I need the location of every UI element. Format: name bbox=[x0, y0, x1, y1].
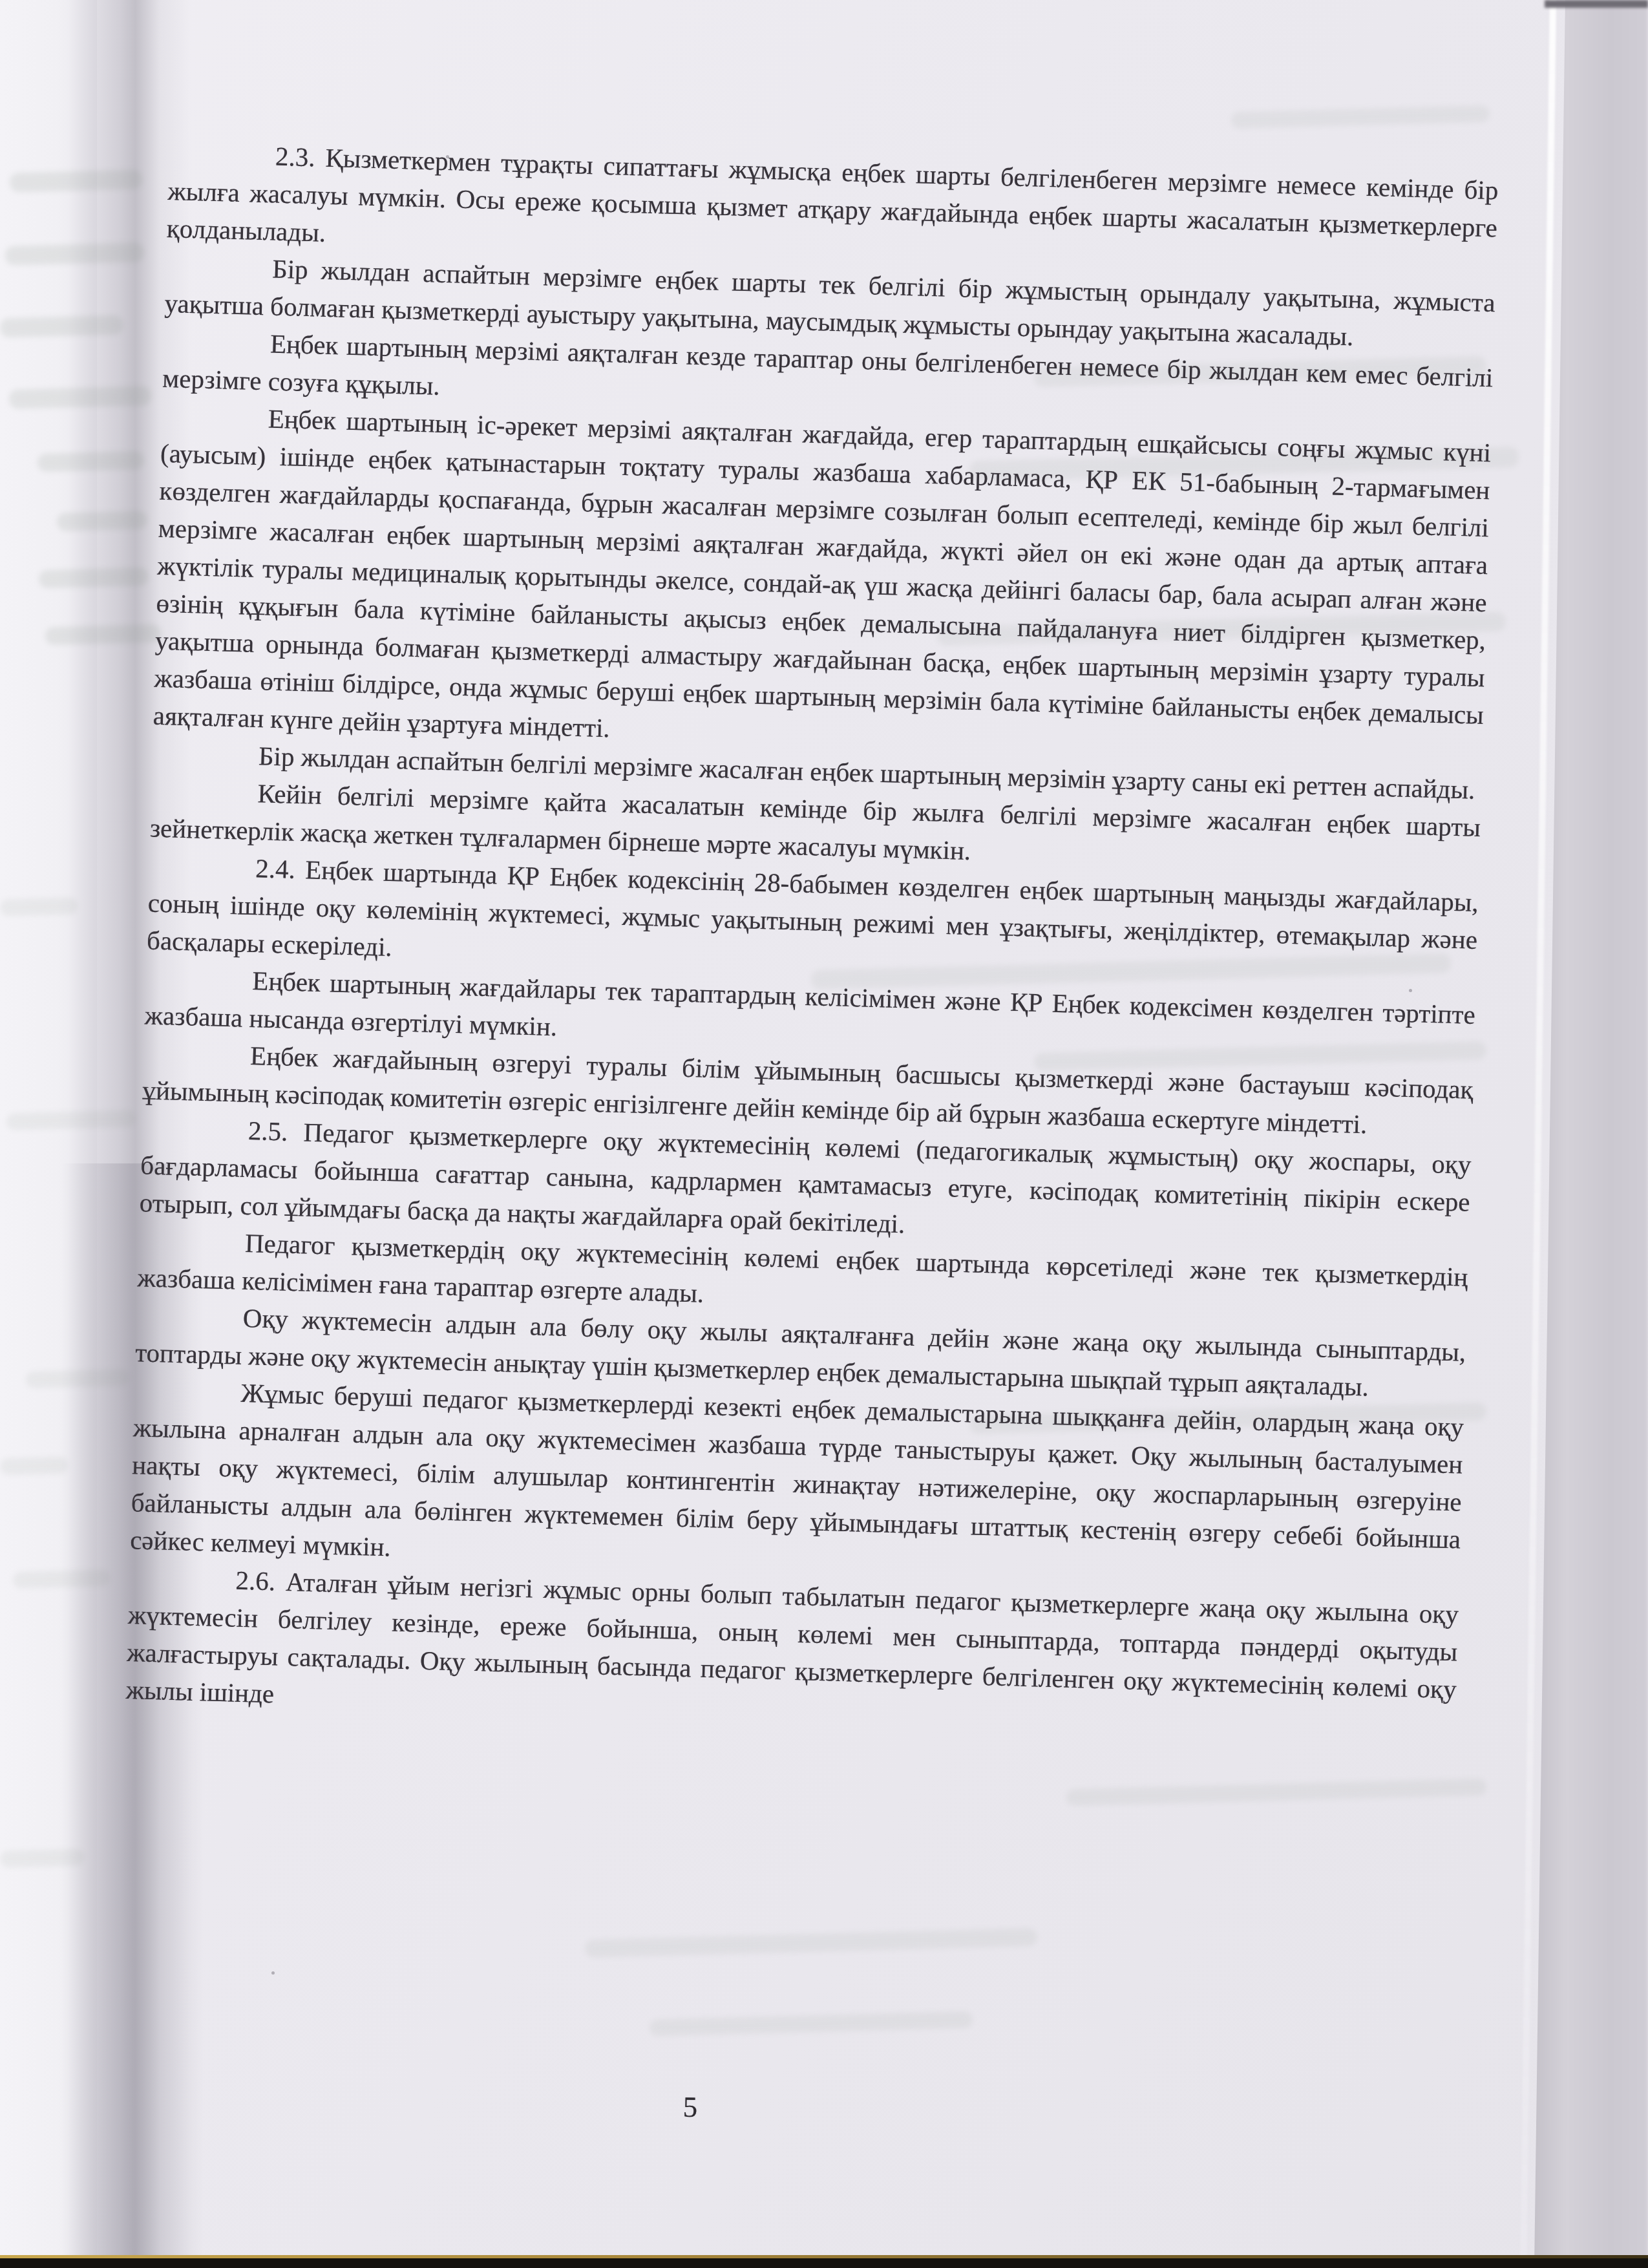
document-text: 2.3. Қызметкермен тұрақты сипаттағы жұмы… bbox=[125, 134, 1499, 1746]
bleed-through-mark bbox=[9, 386, 152, 409]
bleed-through-mark bbox=[0, 1457, 68, 1476]
scanner-bottom-band bbox=[0, 2258, 1648, 2268]
bleed-through-mark bbox=[0, 315, 123, 338]
bleed-through-mark bbox=[39, 567, 149, 588]
page-number: 5 bbox=[658, 2090, 723, 2125]
bleed-through-mark bbox=[37, 451, 145, 472]
bleed-through-mark bbox=[650, 2011, 973, 2036]
bleed-through-mark bbox=[13, 1569, 111, 1589]
scanned-book-page: { "colors": { "paper": "#eae8ee", "ink":… bbox=[0, 0, 1648, 2268]
bleed-through-mark bbox=[10, 169, 143, 192]
bleed-through-mark bbox=[0, 897, 78, 916]
dust-speck bbox=[271, 1971, 275, 1975]
scanner-top-edge bbox=[1545, 0, 1648, 8]
bleed-through-mark bbox=[585, 1928, 1037, 1958]
bleed-through-mark bbox=[57, 511, 148, 531]
paragraph: Еңбек шартының іс-әрекет мерзімі аяқталғ… bbox=[153, 397, 1492, 771]
bleed-through-mark bbox=[5, 242, 145, 266]
bleed-through-mark bbox=[0, 1849, 84, 1867]
bleed-through-mark bbox=[1231, 105, 1490, 129]
bleed-through-mark bbox=[1066, 1778, 1486, 1806]
bleed-through-mark bbox=[26, 1369, 130, 1388]
scanner-background bbox=[1523, 0, 1648, 2268]
bleed-through-mark bbox=[6, 1110, 136, 1130]
paragraph: Жұмыс беруші педагог қызметкерлерді кезе… bbox=[129, 1371, 1464, 1595]
bleed-through-mark bbox=[45, 624, 162, 646]
